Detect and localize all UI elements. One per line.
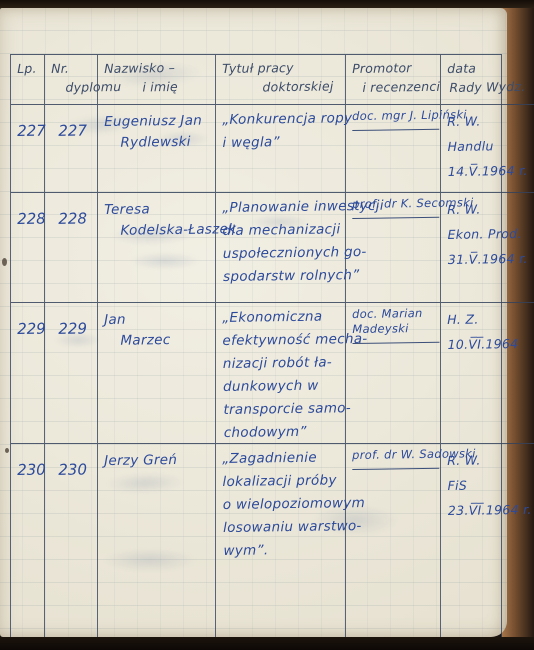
row-230-council-date: R. W.FiS23.V̅I̅.1964 r.: [441, 444, 534, 638]
handwritten-text-line: Rady Wydz.: [447, 77, 531, 97]
handwritten-text-line: 31.V̅.1964 r.: [448, 246, 532, 272]
row-227-council-date: R. W.Handlu14.V̅.1964 r.: [441, 105, 534, 193]
row-228-diploma-number: 228: [45, 193, 98, 303]
row-228-thesis-title: „Planowanie inwestycjidla mechanizacjius…: [216, 193, 346, 303]
row-230-name: Jerzy Greń: [98, 444, 216, 638]
column-header-promotor: Promotori recenzenci: [346, 55, 441, 105]
handwritten-text-line: 14.V̅.1964 r.: [448, 158, 532, 184]
handwritten-text-line: chodowym”: [224, 420, 344, 445]
row-227-name: Eugeniusz JanRydlewski: [98, 105, 216, 193]
handwritten-text-line: R. W.: [447, 196, 531, 222]
ledger-table: Lp. Nr.dyplomu Nazwisko –i imię Tytuł pr…: [10, 54, 502, 638]
row-229-promotor: doc. MarianMadeyski: [346, 303, 441, 444]
handwritten-text-line: dyplomu: [51, 77, 94, 97]
handwritten-text-line: doktorskiej: [222, 76, 342, 97]
handwritten-text-line: spodarstw rolnych”: [223, 264, 343, 289]
handwritten-text-line: efektywność mecha-: [222, 328, 342, 353]
handwritten-text-line: H. Z.: [447, 306, 531, 332]
column-header-diploma-number: Nr.dyplomu: [45, 55, 98, 105]
handwritten-text-line: 10.V̅I̅.1964: [447, 331, 531, 357]
row-229-thesis-title: „Ekonomicznaefektywność mecha-nizacji ro…: [216, 303, 346, 444]
handwritten-text-line: „Konkurencja ropy: [222, 107, 342, 132]
row-230-diploma-number: 230: [45, 444, 98, 638]
handwritten-text-line: Kodelska-Łaszek: [104, 219, 212, 242]
row-228-lp: 228: [11, 193, 45, 303]
handwritten-text-line: „Planowanie inwestycji: [222, 195, 342, 220]
handwritten-text-line: wym”.: [223, 538, 343, 563]
row-227-thesis-title: „Konkurencja ropyi węgla”: [216, 105, 346, 193]
handwritten-text-line: Ekon. Prod.: [447, 221, 531, 247]
handwritten-text-line: „Ekonomiczna: [222, 305, 342, 330]
column-header-name: Nazwisko –i imię: [98, 55, 216, 105]
row-230-lp: 230: [11, 444, 45, 638]
handwritten-text-line: doc. Marian: [352, 306, 439, 322]
handwritten-text-line: o wielopoziomowym: [223, 492, 343, 517]
row-229-council-date: H. Z.10.V̅I̅.1964: [441, 303, 534, 444]
handwritten-text-line: Eugeniusz Jan: [104, 110, 212, 133]
handwritten-text-line: Tytuł pracy: [222, 57, 342, 78]
handwritten-text-line: Lp.: [17, 59, 41, 78]
handwritten-text-line: R. W.: [447, 108, 531, 134]
row-227-lp: 227: [11, 105, 45, 193]
handwritten-text-line: i recenzenci: [352, 77, 437, 97]
handwritten-text-line: R. W.: [447, 447, 531, 473]
handwritten-text-line: dunkowych w: [223, 374, 343, 399]
row-227-diploma-number: 227: [45, 105, 98, 193]
handwritten-text-line: Nazwisko –: [104, 57, 212, 78]
handwritten-text-line: losowaniu warstwo-: [223, 515, 343, 540]
book-edge-top: [0, 0, 534, 8]
handwritten-text-line: Rydlewski: [104, 131, 212, 154]
handwritten-text-line: prof. dr W. Sadowski: [352, 447, 439, 463]
handwritten-text-line: „Zagadnienie: [222, 446, 342, 471]
handwritten-text-line: Madeyski: [352, 321, 439, 337]
handwritten-text-line: Teresa: [104, 198, 212, 221]
handwritten-text-line: data: [447, 58, 531, 78]
handwritten-text-line: Marzec: [104, 329, 212, 352]
handwritten-text-line: i węgla”: [222, 130, 342, 155]
row-228-name: TeresaKodelska-Łaszek: [98, 193, 216, 303]
row-229-name: JanMarzec: [98, 303, 216, 444]
handwritten-text-line: transporcie samo-: [223, 397, 343, 422]
handwritten-text-line: lokalizacji próby: [222, 469, 342, 494]
ledger-page: Lp. Nr.dyplomu Nazwisko –i imię Tytuł pr…: [0, 8, 507, 637]
handwritten-text-line: nizacji robót ła-: [223, 351, 343, 376]
ink-speck: [2, 258, 7, 266]
row-230-thesis-title: „Zagadnienielokalizacji próbyo wielopozi…: [216, 444, 346, 638]
row-228-council-date: R. W.Ekon. Prod.31.V̅.1964 r.: [441, 193, 534, 303]
book-edge-bottom: [0, 637, 534, 650]
handwritten-text-line: uspołecznionych go-: [223, 241, 343, 266]
handwritten-text-line: Jerzy Greń: [104, 449, 212, 472]
column-header-lp: Lp.: [11, 55, 45, 105]
row-229-lp: 229: [11, 303, 45, 444]
handwritten-text-line: FiS: [447, 472, 531, 498]
handwritten-text-line: doc. mgr J. Lipiński: [352, 108, 439, 124]
handwritten-text-line: Promotor: [352, 58, 437, 78]
row-227-promotor: doc. mgr J. Lipiński: [346, 105, 441, 193]
row-228-promotor: prof. dr K. Secomski: [346, 193, 441, 303]
handwritten-text-line: prof. dr K. Secomski: [352, 196, 439, 212]
column-header-council-date: dataRady Wydz.: [441, 55, 534, 105]
column-header-thesis-title: Tytuł pracydoktorskiej: [216, 55, 346, 105]
handwritten-text-line: Jan: [104, 308, 212, 331]
handwritten-text-line: 23.V̅I̅.1964 r.: [448, 497, 532, 523]
handwritten-text-line: Handlu: [447, 133, 531, 159]
row-230-promotor: prof. dr W. Sadowski: [346, 444, 441, 638]
row-229-diploma-number: 229: [45, 303, 98, 444]
ink-speck: [5, 448, 9, 453]
handwritten-text-line: i imię: [104, 76, 212, 97]
handwritten-text-line: Nr.: [51, 58, 94, 78]
handwritten-text-line: dla mechanizacji: [222, 218, 342, 243]
